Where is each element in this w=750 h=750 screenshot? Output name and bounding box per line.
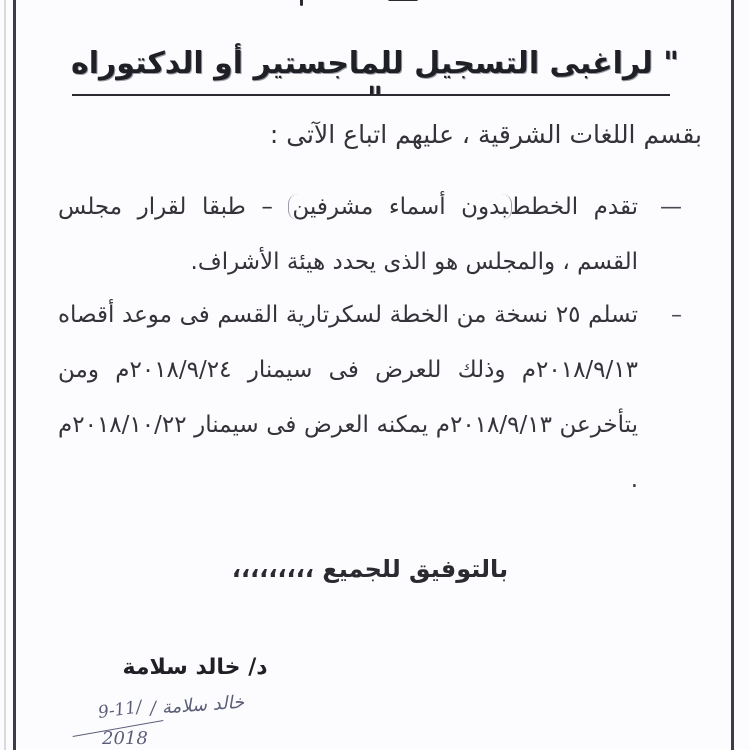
page-border-right	[731, 0, 734, 750]
cropped-heading-fragment	[260, 0, 540, 8]
handwritten-year: 2018	[102, 728, 148, 749]
bracketed-note: بدون أسماء مشرفين	[288, 194, 512, 220]
item-text-before-bracket: تقدم الخطط	[512, 194, 638, 220]
page-border-left	[13, 0, 16, 750]
handwritten-date: 9-11/	[97, 697, 143, 723]
scanned-document-page: " لراغبى التسجيل للماجستير أو الدكتوراه …	[0, 0, 750, 750]
title-underline	[72, 94, 670, 96]
item-text: تسلم ٢٥ نسخة من الخطة لسكرتارية القسم فى…	[58, 302, 638, 493]
scan-edge-shadow	[4, 0, 6, 750]
instruction-item-1: — تقدم الخططبدون أسماء مشرفين – طبقا لقر…	[58, 180, 638, 290]
instruction-item-2: – تسلم ٢٥ نسخة من الخطة لسكرتارية القسم …	[58, 288, 638, 508]
bullet-dash: –	[671, 288, 682, 343]
intro-line: بقسم اللغات الشرقية ، عليهم اتباع الآتى …	[270, 120, 702, 149]
bullet-dash: —	[660, 180, 682, 235]
closing-line: بالتوفيق للجميع ،،،،،،،،،	[230, 555, 510, 583]
signer-name: د/ خالد سلامة	[120, 655, 270, 680]
document-title: " لراغبى التسجيل للماجستير أو الدكتوراه …	[70, 46, 680, 116]
handwritten-signature: خالد سلامة /	[149, 692, 244, 720]
